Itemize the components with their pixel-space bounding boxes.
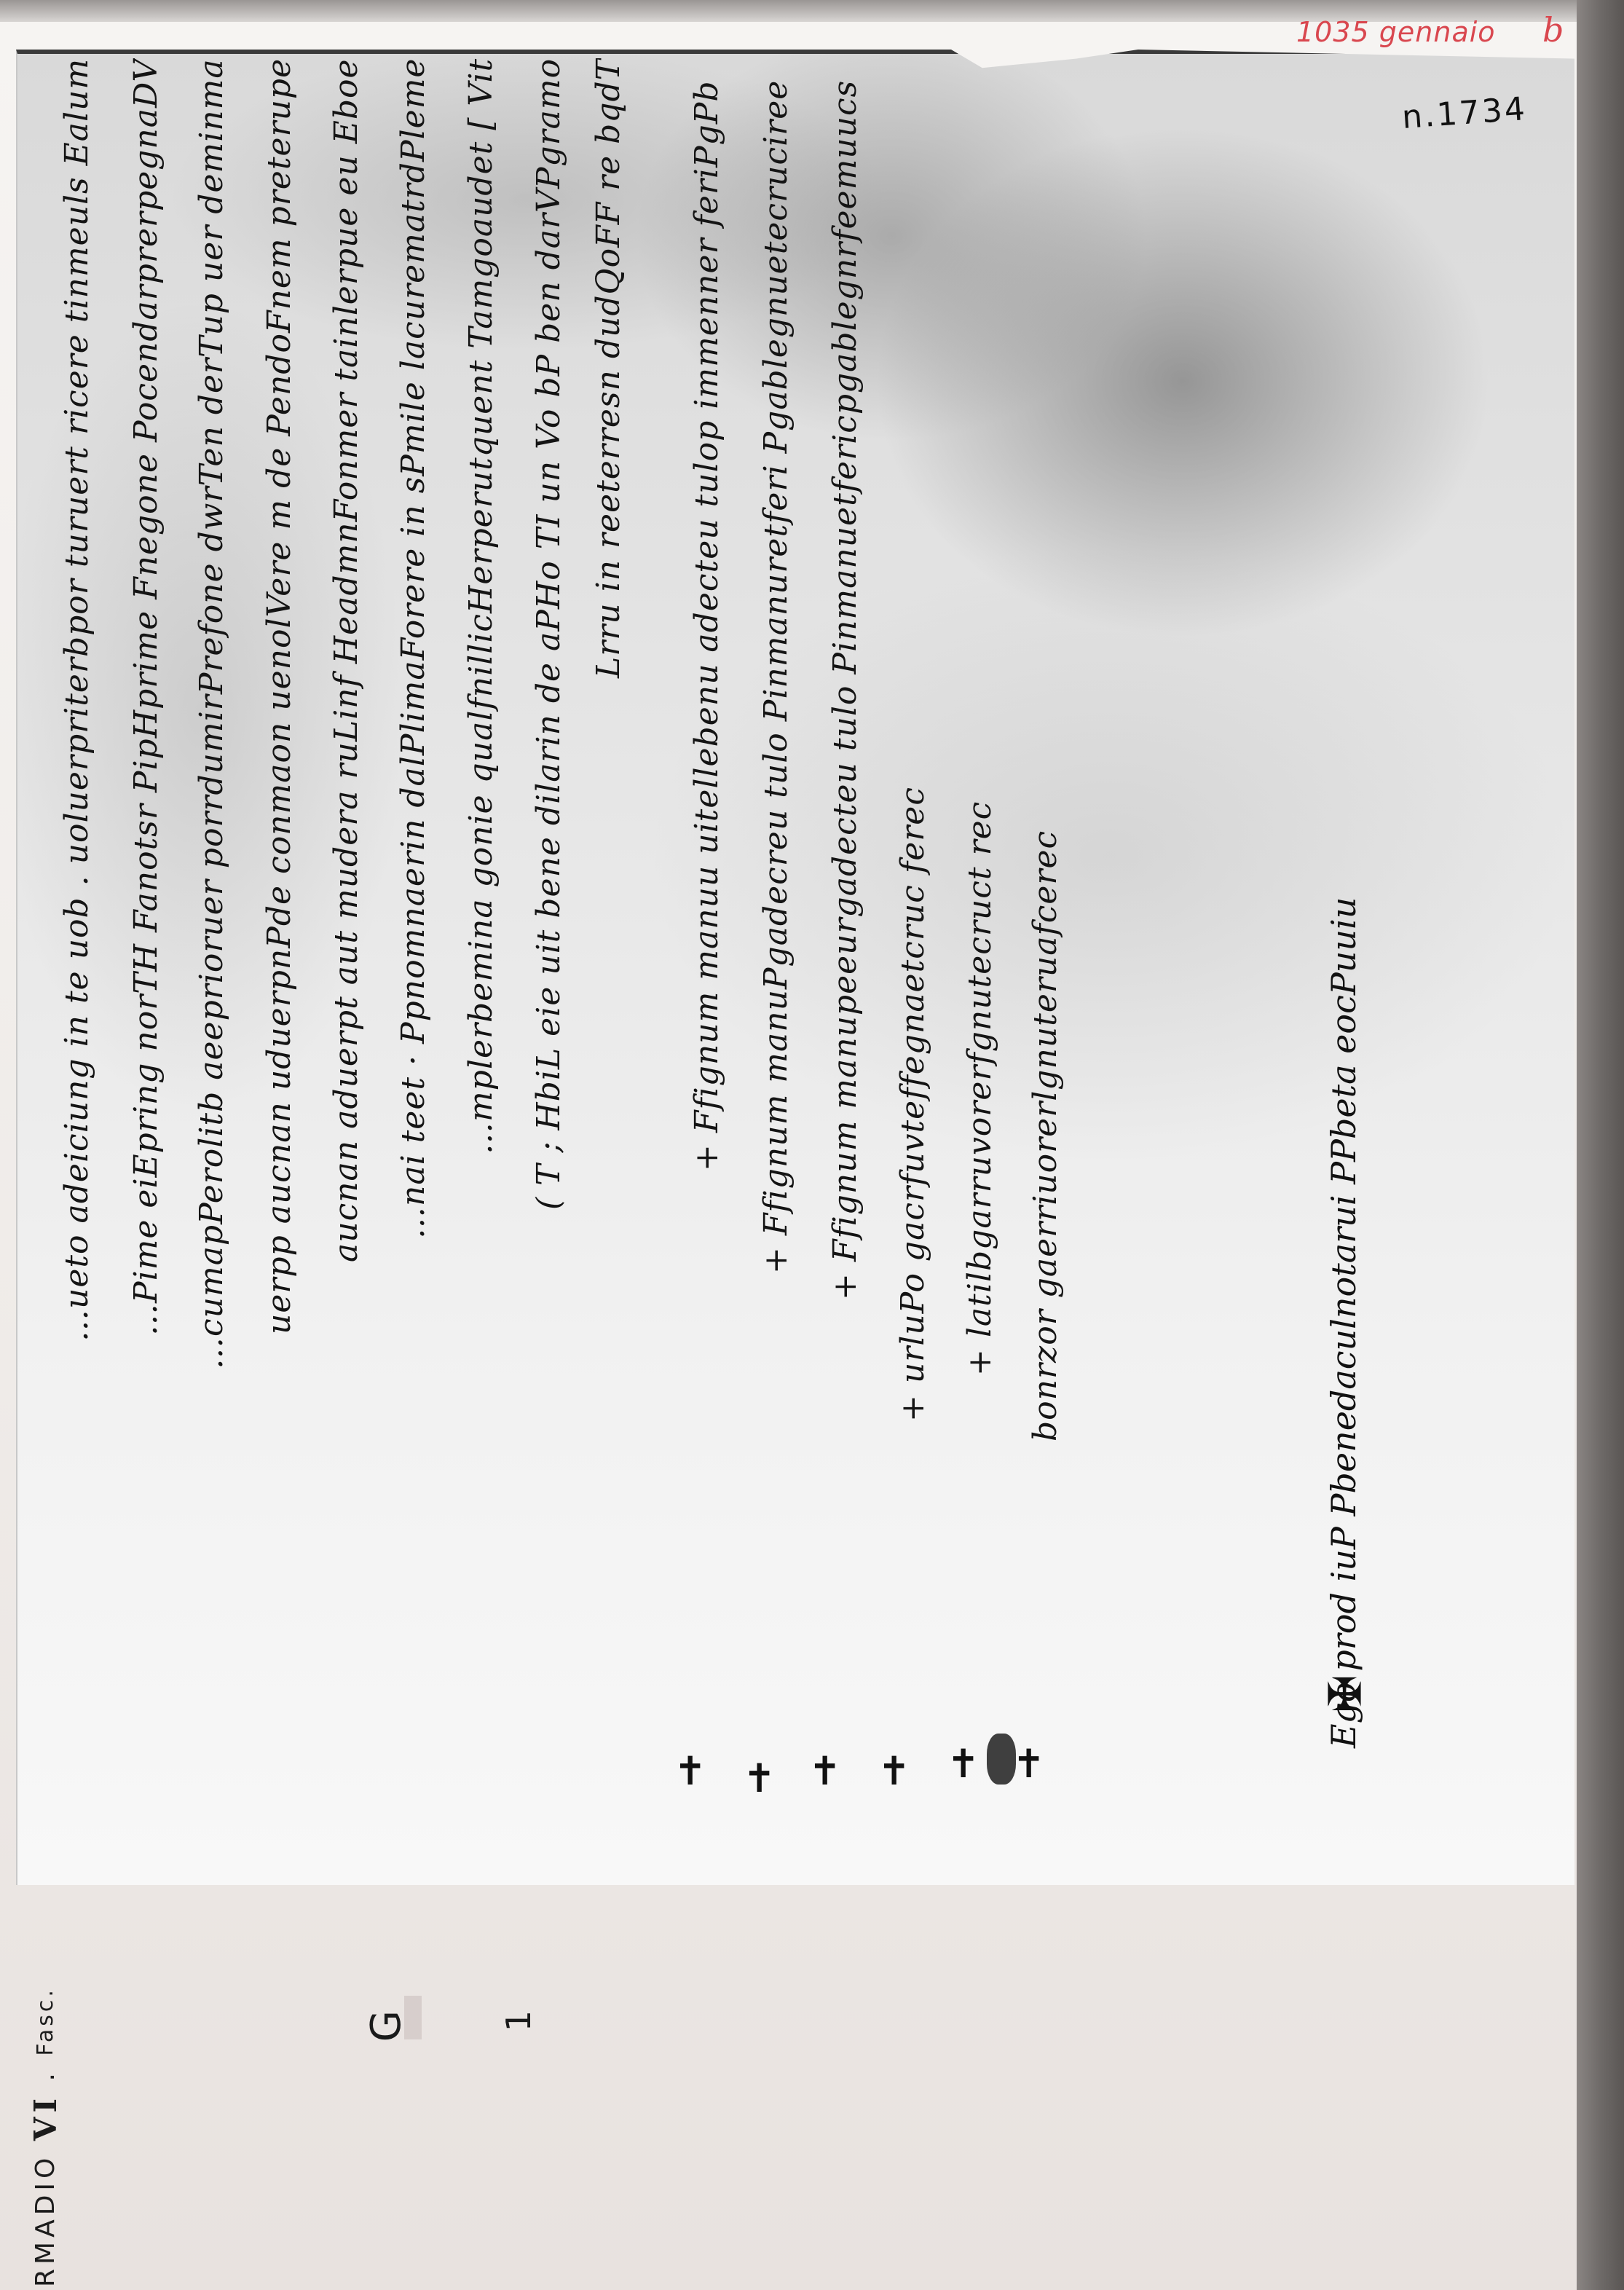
archive-roman-numeral: VI	[28, 2094, 63, 2141]
archive-fascicle-label: Fasc.	[33, 1987, 58, 2056]
charter-line: ( T ; HbiL eie uit bene dilarin de aPHo …	[530, 58, 574, 1879]
witness-line: + Ffignum manuu uitellebenu adecteu tulo…	[688, 80, 732, 1879]
witness-line: + Ffignum manupeeurgadecteu tulo Pinmanu…	[827, 80, 870, 1879]
shelf-number: 1	[499, 2010, 538, 2031]
witness-line: + urluPo gacrfuvteffegnaetcruc ferec	[894, 787, 938, 1843]
witness-line: bonrzor gaerriuorerlgnuteruafcerec	[1027, 830, 1071, 1835]
archive-label: RMADIO VI . Fasc.	[28, 1908, 63, 2287]
cross-icon: ✝	[743, 1755, 776, 1801]
charter-line: …mplerbemina gonie qualfnillicHerperutqu…	[462, 58, 506, 1879]
notary-signum-icon: ✠	[1325, 1668, 1363, 1721]
cross-icon: ✝	[878, 1748, 910, 1794]
charter-line: uerpp aucnan uduerpnPde conmaon uenolVer…	[261, 58, 304, 1879]
cross-icon: ✝	[674, 1748, 706, 1794]
cross-icon: ✝	[1012, 1741, 1045, 1787]
ink-blot	[987, 1734, 1016, 1785]
shelf-letter: G	[363, 2010, 410, 2042]
cross-icon: ✝	[947, 1741, 979, 1787]
charter-text-block: …ueto adeiciung in te uob . uoluerpriter…	[29, 58, 1267, 1879]
folder-edge	[1577, 0, 1624, 2290]
archive-label-prefix: RMADIO	[31, 2154, 60, 2287]
charter-line: …ueto adeiciung in te uob . uoluerpriter…	[58, 58, 102, 1879]
notary-subscription: Ego prod iuP Pbenedaculnotarui PPbeta eo…	[1324, 510, 1363, 1748]
witness-line: + Ffignum manuPgadecreu tulo Pinmanuretf…	[757, 80, 801, 1879]
red-pencil-date: 1035 gennaio	[1296, 16, 1496, 48]
charter-line: …Pime eiEpring norTH Fanotsr PipHprime F…	[127, 58, 171, 1879]
witness-line: + latilbgarruvorerfgnutecruct rec	[961, 801, 1005, 1843]
red-pencil-letter: b	[1542, 10, 1564, 50]
charter-line: aucnan aduerpt aut mudera ruLinf HeadmnF…	[328, 58, 371, 1879]
charter-line: …cumapPerolitb aeeprioruer porrdumirPref…	[193, 58, 237, 1879]
archive-separator: .	[31, 2069, 60, 2081]
charter-line: …nai teet · Ppnomnaerin dalPlimaForere i…	[395, 58, 438, 1879]
charter-line: Lrru in reeterresn dudQoFF re bqdT	[590, 58, 634, 1734]
cross-icon: ✝	[808, 1748, 841, 1794]
